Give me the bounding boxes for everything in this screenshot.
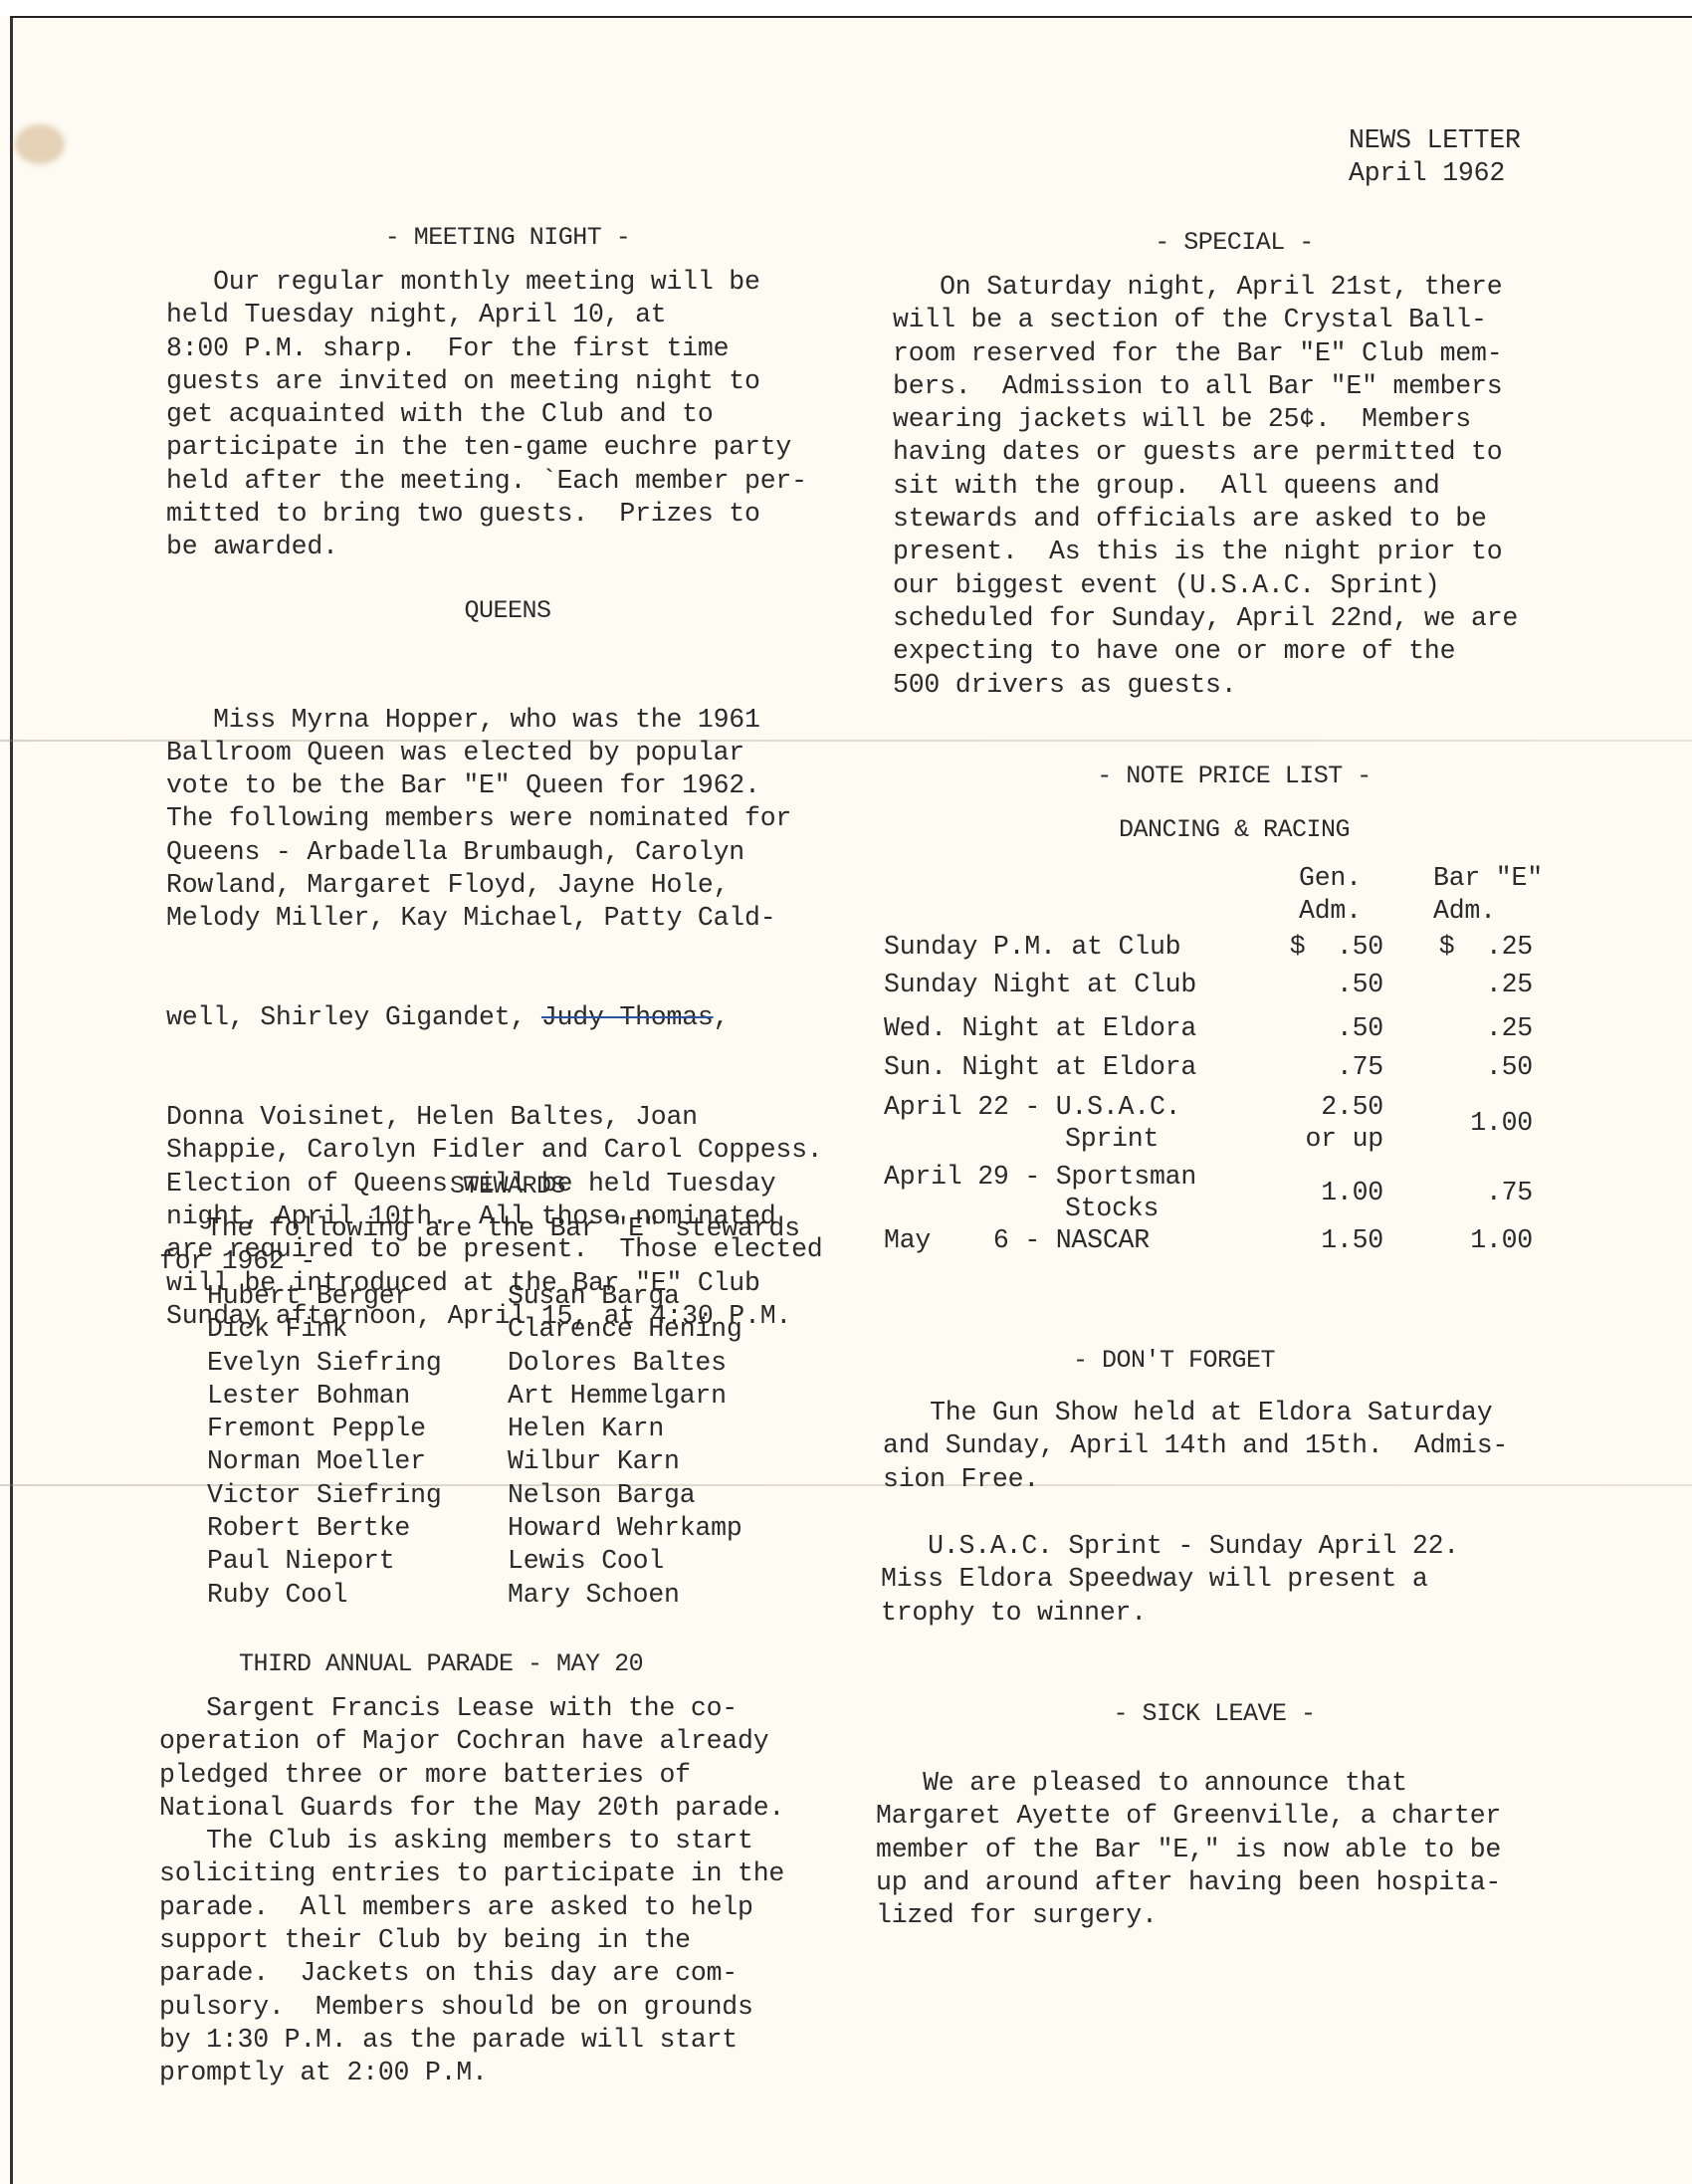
stewards-left-column: Hubert BergerDick FinkEvelyn SiefringLes… bbox=[207, 1280, 442, 1612]
steward-name: Dolores Baltes bbox=[508, 1347, 742, 1380]
text-line: support their Club by being in the bbox=[159, 1924, 784, 1957]
price-row-bar-adm: .25 bbox=[1393, 1012, 1533, 1045]
text-line: get acquainted with the Club and to bbox=[166, 398, 807, 431]
text-line: Rowland, Margaret Floyd, Jayne Hole, bbox=[166, 869, 823, 902]
text-line: The following members were nominated for bbox=[166, 802, 823, 835]
text-line: member of the Bar "E," is now able to be bbox=[876, 1834, 1501, 1866]
text-line: room reserved for the Bar "E" Club mem- bbox=[893, 337, 1518, 370]
text-line: operation of Major Cochran have already bbox=[159, 1725, 784, 1758]
text-line: sit with the group. All queens and bbox=[893, 470, 1518, 503]
text-line: participate in the ten-game euchre party bbox=[166, 431, 807, 464]
price-row-bar-adm: 1.00 bbox=[1393, 1224, 1533, 1257]
price-row-gen-adm: .75 bbox=[1224, 1051, 1383, 1084]
text-line: promptly at 2:00 P.M. bbox=[159, 2057, 784, 2089]
price-row-event: April 29 - Sportsman bbox=[884, 1161, 1196, 1194]
text-line: vote to be the Bar "E" Queen for 1962. bbox=[166, 769, 823, 802]
steward-name: Clarence Hening bbox=[508, 1313, 742, 1346]
price-row-bar-adm: $ .25 bbox=[1393, 931, 1533, 964]
struck-nominee: Judy Thomas bbox=[541, 1002, 714, 1032]
text-line: held after the meeting. `Each member per… bbox=[166, 465, 807, 498]
text-line: 500 drivers as guests. bbox=[893, 669, 1518, 702]
steward-name: Paul Nieport bbox=[207, 1545, 442, 1578]
text-line: pledged three or more batteries of bbox=[159, 1759, 784, 1792]
steward-name: Lewis Cool bbox=[508, 1545, 742, 1578]
text-line: Queens - Arbadella Brumbaugh, Carolyn bbox=[166, 836, 823, 869]
text-line: held Tuesday night, April 10, at bbox=[166, 299, 807, 331]
steward-name: Victor Siefring bbox=[207, 1479, 442, 1512]
steward-name: Norman Moeller bbox=[207, 1445, 442, 1478]
price-row-event: Sunday Night at Club bbox=[884, 969, 1196, 1001]
text-line: Miss Myrna Hopper, who was the 1961 bbox=[166, 704, 823, 737]
queens-heading: QUEENS bbox=[159, 594, 856, 627]
steward-name: Helen Karn bbox=[508, 1413, 742, 1445]
text-line: parade. Jackets on this day are com- bbox=[159, 1957, 784, 1990]
text-line: pulsory. Members should be on grounds bbox=[159, 1991, 784, 2024]
text-line: Sargent Francis Lease with the co- bbox=[159, 1692, 784, 1725]
stewards-intro: The following are the Bar "E" stewardsfo… bbox=[159, 1212, 800, 1279]
newsletter-date: April 1962 bbox=[1349, 157, 1505, 190]
dont-forget-heading: - DON'T FORGET bbox=[1073, 1344, 1275, 1377]
col-gen-line1: Gen. bbox=[1299, 863, 1362, 893]
meeting-heading: - MEETING NIGHT - bbox=[159, 221, 856, 254]
meeting-body: Our regular monthly meeting will beheld … bbox=[166, 266, 807, 564]
steward-name: Howard Wehrkamp bbox=[508, 1512, 742, 1545]
col-gen-line2: Adm. bbox=[1299, 896, 1362, 926]
scan-top-strip bbox=[0, 0, 1692, 16]
text-line: by 1:30 P.M. as the parade will start bbox=[159, 2024, 784, 2057]
text-line: having dates or guests are permitted to bbox=[893, 436, 1518, 469]
text-line: mitted to bring two guests. Prizes to bbox=[166, 498, 807, 531]
text-line: The Club is asking members to start bbox=[159, 1825, 784, 1857]
price-row-gen-adm: 1.00 bbox=[1224, 1177, 1383, 1209]
text-line: lized for surgery. bbox=[876, 1899, 1501, 1932]
text-line: Miss Eldora Speedway will present a bbox=[881, 1563, 1459, 1596]
price-row-gen-adm: $ .50 bbox=[1224, 931, 1383, 964]
queens-line: well, Shirley Gigandet, bbox=[166, 1002, 541, 1032]
price-list-subheading: DANCING & RACING bbox=[886, 813, 1583, 846]
steward-name: Susan Barga bbox=[508, 1280, 742, 1313]
sick-leave-body: We are pleased to announce thatMargaret … bbox=[876, 1767, 1501, 1932]
price-row-bar-adm: 1.00 bbox=[1393, 1107, 1533, 1140]
text-line: stewards and officials are asked to be bbox=[893, 503, 1518, 536]
price-row-bar-adm: .75 bbox=[1393, 1177, 1533, 1209]
sick-leave-heading: - SICK LEAVE - bbox=[856, 1697, 1573, 1730]
steward-name: Hubert Berger bbox=[207, 1280, 442, 1313]
text-line: Margaret Ayette of Greenville, a charter bbox=[876, 1800, 1501, 1833]
special-body: On Saturday night, April 21st, therewill… bbox=[893, 271, 1518, 702]
text-line: bers. Admission to all Bar "E" members bbox=[893, 370, 1518, 403]
price-row-bar-adm: .50 bbox=[1393, 1051, 1533, 1084]
queens-line-suffix: , bbox=[714, 1002, 730, 1032]
paper-stain bbox=[15, 124, 65, 164]
price-row-event: April 22 - U.S.A.C. bbox=[884, 1091, 1180, 1124]
text-line: Melody Miller, Kay Michael, Patty Cald- bbox=[166, 902, 823, 935]
text-line: Our regular monthly meeting will be bbox=[166, 266, 807, 299]
text-line: for 1962 - bbox=[159, 1245, 800, 1278]
price-row-gen-adm: .50 bbox=[1224, 1012, 1383, 1045]
price-row-gen-adm: .50 bbox=[1224, 969, 1383, 1001]
text-line: up and around after having been hospita- bbox=[876, 1866, 1501, 1899]
price-row-event: May 6 - NASCAR bbox=[884, 1224, 1150, 1257]
steward-name: Art Hemmelgarn bbox=[508, 1380, 742, 1413]
steward-name: Wilbur Karn bbox=[508, 1445, 742, 1478]
col-gen-header: Gen. Adm. bbox=[1299, 862, 1362, 929]
special-heading: - SPECIAL - bbox=[886, 226, 1583, 259]
parade-body: Sargent Francis Lease with the co-operat… bbox=[159, 1692, 784, 2090]
text-line: our biggest event (U.S.A.C. Sprint) bbox=[893, 569, 1518, 602]
text-line: We are pleased to announce that bbox=[876, 1767, 1501, 1800]
stewards-right-column: Susan BargaClarence HeningDolores Baltes… bbox=[508, 1280, 742, 1612]
price-row-event-cont: Sprint bbox=[1065, 1123, 1159, 1156]
price-row-gen-adm: 2.50 bbox=[1224, 1091, 1383, 1124]
col-bar-line2: Adm. bbox=[1433, 896, 1496, 926]
text-line: Ballroom Queen was elected by popular bbox=[166, 737, 823, 769]
price-row-gen-adm: 1.50 bbox=[1224, 1224, 1383, 1257]
gun-show-paragraph: The Gun Show held at Eldora Saturdayand … bbox=[883, 1397, 1508, 1496]
text-line: wearing jackets will be 25¢. Members bbox=[893, 403, 1518, 436]
steward-name: Robert Bertke bbox=[207, 1512, 442, 1545]
steward-name: Nelson Barga bbox=[508, 1479, 742, 1512]
text-line: parade. All members are asked to help bbox=[159, 1891, 784, 1924]
text-line: will be a section of the Crystal Ball- bbox=[893, 304, 1518, 336]
text-line: be awarded. bbox=[166, 531, 807, 563]
text-line: present. As this is the night prior to bbox=[893, 536, 1518, 568]
text-line: guests are invited on meeting night to bbox=[166, 365, 807, 398]
price-row-gen-adm-note: or up bbox=[1244, 1123, 1383, 1156]
text-line: Shappie, Carolyn Fidler and Carol Coppes… bbox=[166, 1134, 823, 1167]
text-line: The Gun Show held at Eldora Saturday bbox=[883, 1397, 1508, 1429]
price-row-event: Sun. Night at Eldora bbox=[884, 1051, 1196, 1084]
text-line: expecting to have one or more of the bbox=[893, 635, 1518, 668]
sprint-paragraph: U.S.A.C. Sprint - Sunday April 22.Miss E… bbox=[881, 1530, 1459, 1630]
steward-name: Evelyn Siefring bbox=[207, 1347, 442, 1380]
parade-heading: THIRD ANNUAL PARADE - MAY 20 bbox=[239, 1647, 643, 1680]
text-line: and Sunday, April 14th and 15th. Admis- bbox=[883, 1429, 1508, 1462]
price-row-event: Wed. Night at Eldora bbox=[884, 1012, 1196, 1045]
text-line: scheduled for Sunday, April 22nd, we are bbox=[893, 602, 1518, 635]
text-line: The following are the Bar "E" stewards bbox=[159, 1212, 800, 1245]
text-line: 8:00 P.M. sharp. For the first time bbox=[166, 332, 807, 365]
text-line: U.S.A.C. Sprint - Sunday April 22. bbox=[881, 1530, 1459, 1563]
text-line: trophy to winner. bbox=[881, 1597, 1459, 1630]
steward-name: Lester Bohman bbox=[207, 1380, 442, 1413]
steward-name: Mary Schoen bbox=[508, 1579, 742, 1612]
stewards-heading: STEWARDS bbox=[159, 1170, 856, 1202]
text-line: soliciting entries to participate in the bbox=[159, 1857, 784, 1890]
text-line: sion Free. bbox=[883, 1463, 1508, 1496]
price-row-event: Sunday P.M. at Club bbox=[884, 931, 1180, 964]
steward-name: Ruby Cool bbox=[207, 1579, 442, 1612]
text-line: National Guards for the May 20th parade. bbox=[159, 1792, 784, 1825]
price-row-bar-adm: .25 bbox=[1393, 969, 1533, 1001]
text-line: On Saturday night, April 21st, there bbox=[893, 271, 1518, 304]
steward-name: Fremont Pepple bbox=[207, 1413, 442, 1445]
newsletter-title: NEWS LETTER bbox=[1349, 124, 1521, 157]
price-row-event-cont: Stocks bbox=[1065, 1193, 1159, 1225]
col-bar-line1: Bar "E" bbox=[1433, 863, 1543, 893]
col-bar-header: Bar "E" Adm. bbox=[1433, 862, 1543, 929]
price-list-heading: - NOTE PRICE LIST - bbox=[886, 760, 1583, 792]
steward-name: Dick Fink bbox=[207, 1313, 442, 1346]
text-line: Donna Voisinet, Helen Baltes, Joan bbox=[166, 1101, 823, 1134]
